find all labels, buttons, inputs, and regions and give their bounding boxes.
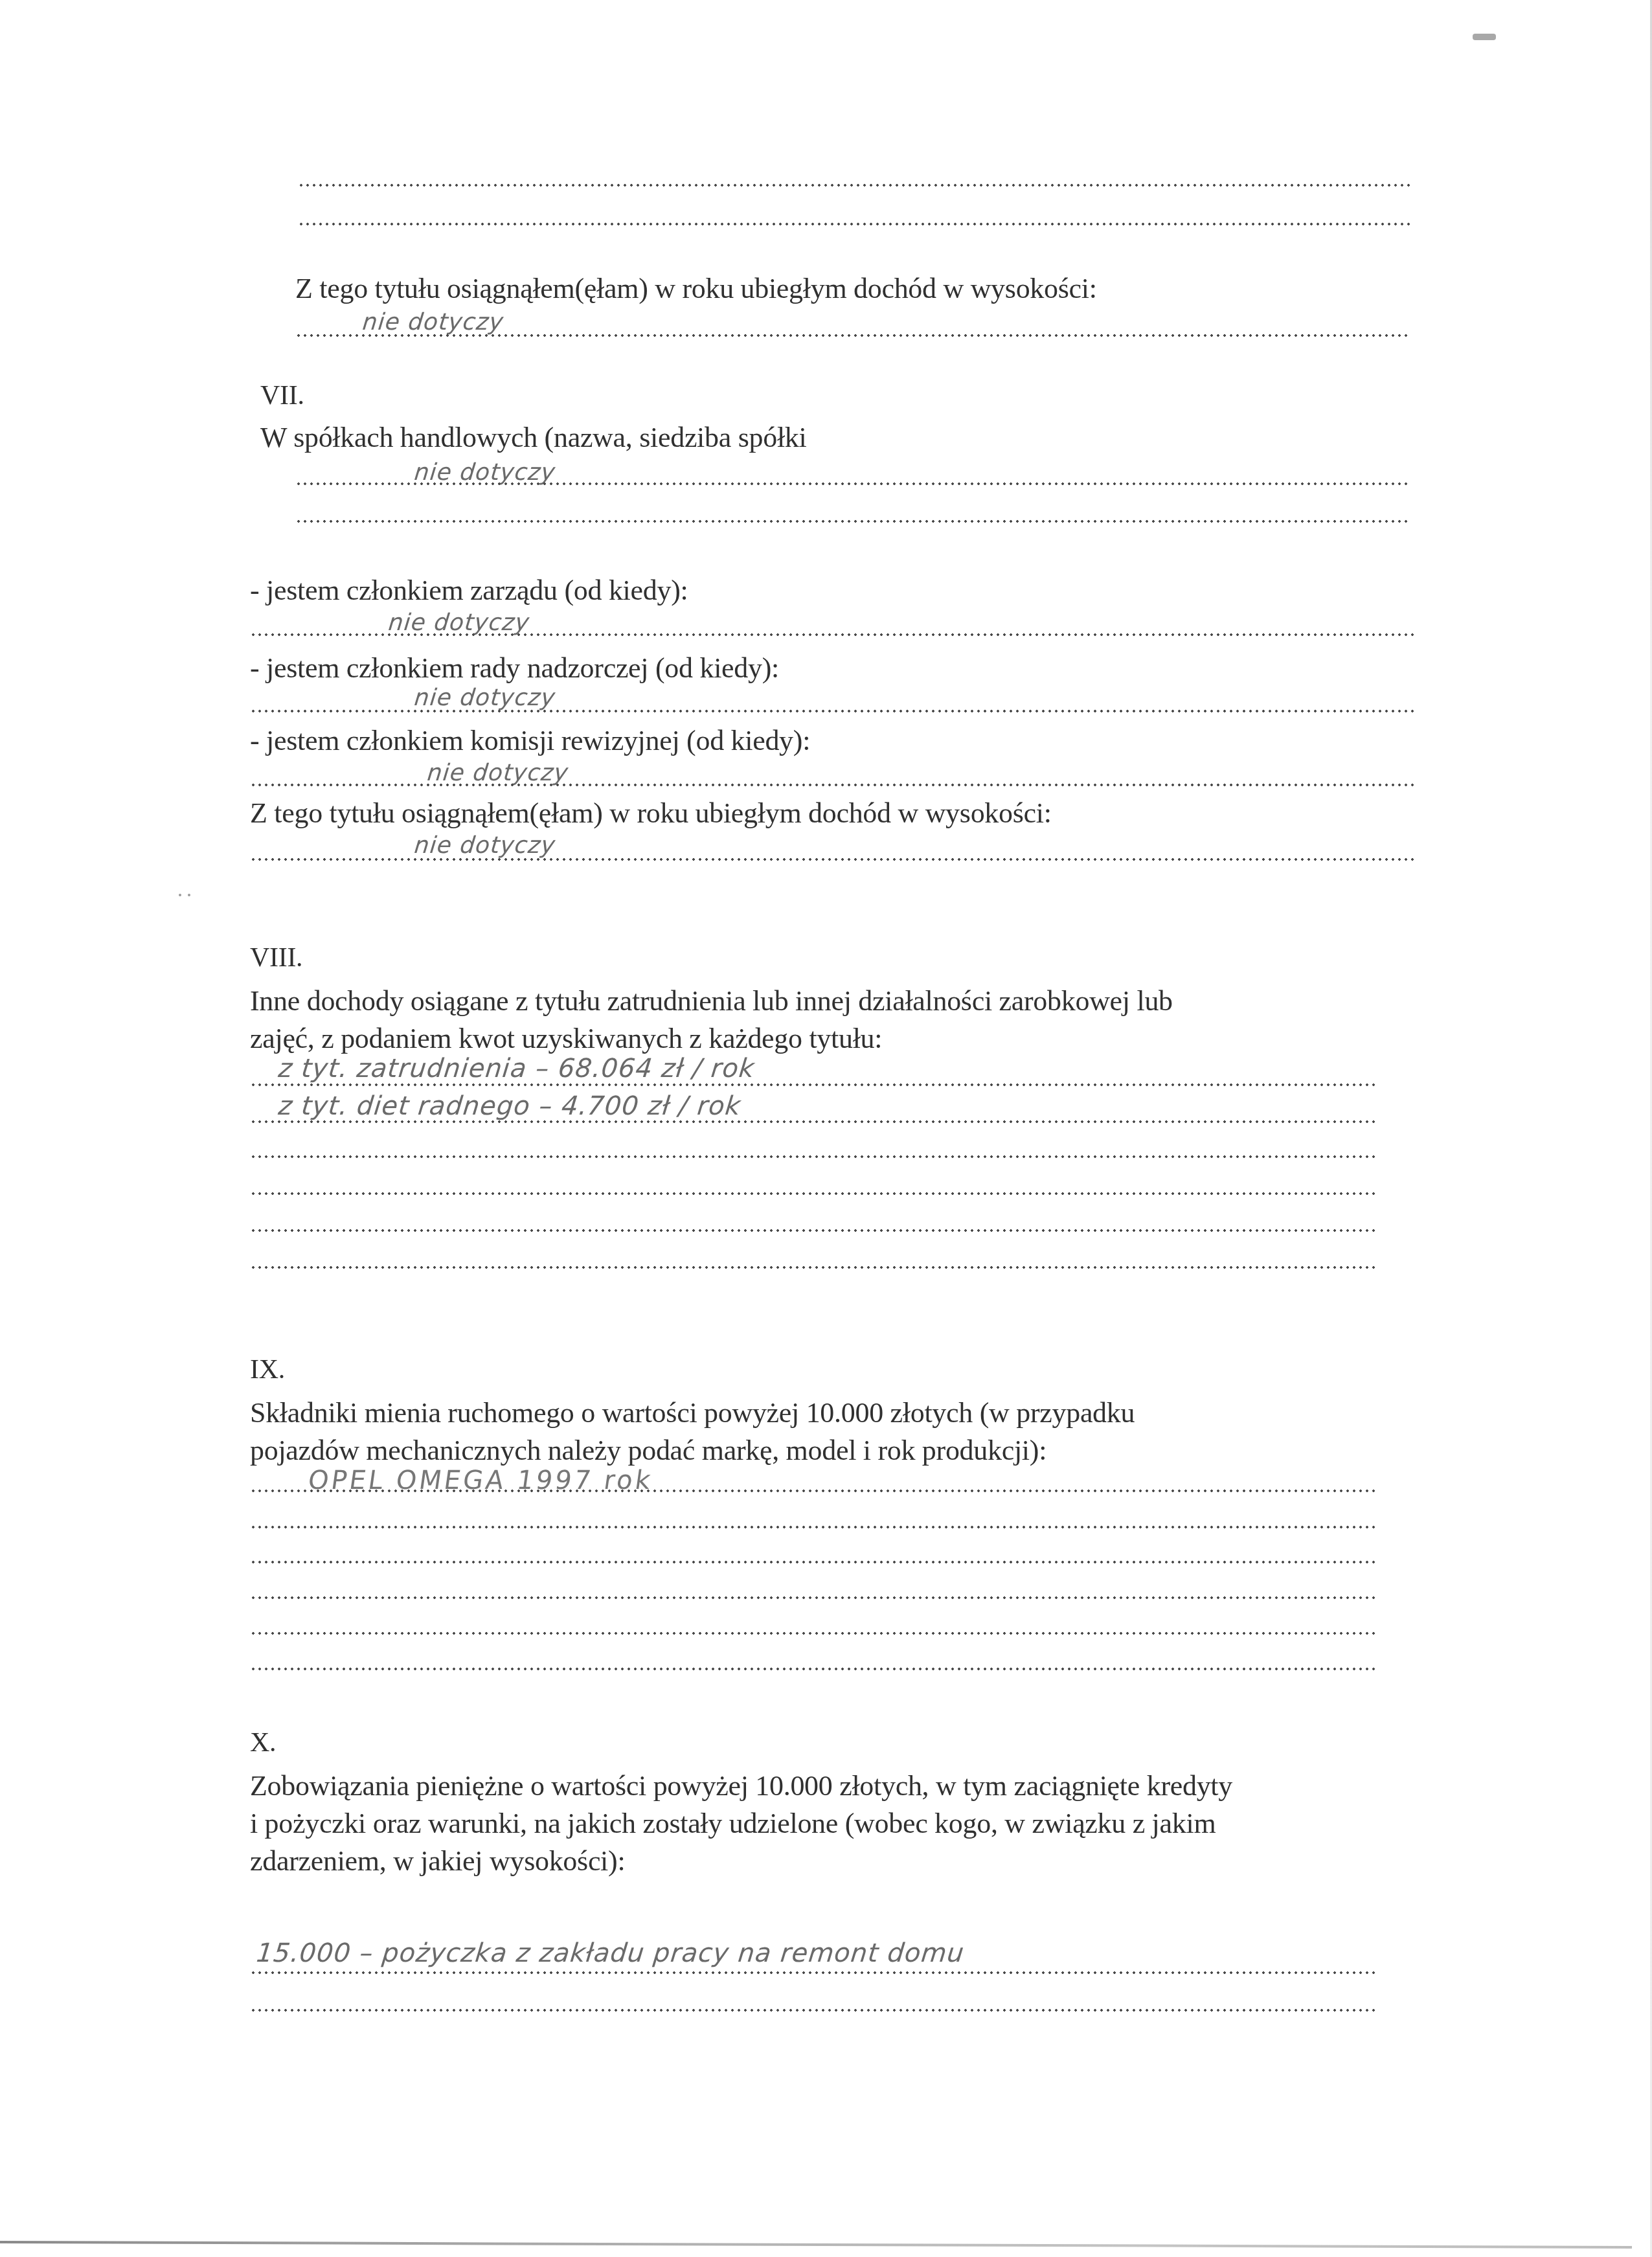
answer-line bbox=[250, 1561, 1377, 1563]
audit-committee-label: - jestem członkiem komisji rewizyjnej (o… bbox=[250, 727, 810, 755]
scan-speck bbox=[188, 894, 190, 896]
scan-mark bbox=[1473, 34, 1496, 40]
section-x-numeral: X. bbox=[250, 1729, 276, 1756]
section-ix-heading-line1: Składniki mienia ruchomego o wartości po… bbox=[250, 1399, 1135, 1427]
answer-line bbox=[295, 520, 1409, 523]
supervisory-board-answer: nie dotyczy bbox=[413, 686, 556, 710]
scan-edge-line bbox=[0, 2241, 1632, 2249]
section-vii-heading: W spółkach handlowych (nazwa, siedziba s… bbox=[260, 424, 806, 452]
board-member-label: - jestem członkiem zarządu (od kiedy): bbox=[250, 576, 688, 605]
answer-line bbox=[250, 858, 1416, 861]
audit-committee-answer: nie dotyczy bbox=[426, 762, 569, 785]
section-viii-heading-line2: zajęć, z podaniem kwot uzyskiwanych z ka… bbox=[250, 1025, 882, 1053]
answer-line bbox=[250, 1120, 1377, 1123]
scanned-form-page: Z tego tytułu osiągnąłem(ęłam) w roku ub… bbox=[0, 0, 1652, 2257]
answer-line bbox=[250, 1596, 1377, 1599]
supervisory-board-label: - jestem członkiem rady nadzorczej (od k… bbox=[250, 654, 779, 683]
answer-line bbox=[250, 1229, 1377, 1232]
section-x-answer-1: 15.000 – pożyczka z zakładu pracy na rem… bbox=[255, 1940, 966, 1966]
board-member-answer: nie dotyczy bbox=[387, 611, 530, 635]
answer-line bbox=[295, 482, 1409, 485]
section-vi-income-label: Z tego tytułu osiągnąłem(ęłam) w roku ub… bbox=[295, 275, 1097, 303]
section-vii-numeral: VII. bbox=[260, 382, 304, 409]
section-vii-answer-1: nie dotyczy bbox=[413, 461, 556, 484]
answer-line bbox=[250, 1971, 1377, 1974]
answer-line bbox=[250, 1192, 1377, 1195]
section-viii-heading-line1: Inne dochody osiągane z tytułu zatrudnie… bbox=[250, 987, 1173, 1015]
section-ix-numeral: IX. bbox=[250, 1356, 285, 1383]
section-viii-answer-2: z tyt. diet radnego – 4.700 zł / rok bbox=[277, 1093, 742, 1119]
section-viii-numeral: VIII. bbox=[250, 944, 302, 971]
section-vii-income-answer: nie dotyczy bbox=[413, 834, 556, 857]
answer-line bbox=[250, 2009, 1377, 2012]
answer-line bbox=[250, 1632, 1377, 1635]
section-x-heading-line1: Zobowiązania pieniężne o wartości powyże… bbox=[250, 1772, 1232, 1800]
answer-line bbox=[250, 1083, 1377, 1086]
answer-line bbox=[250, 1266, 1377, 1269]
section-ix-heading-line2: pojazdów mechanicznych należy podać mark… bbox=[250, 1436, 1047, 1465]
answer-line bbox=[295, 334, 1409, 337]
section-x-heading-line3: zdarzeniem, w jakiej wysokości): bbox=[250, 1847, 625, 1876]
answer-line-blank bbox=[298, 223, 1412, 225]
section-viii-answer-1: z tyt. zatrudnienia – 68.064 zł / rok bbox=[277, 1056, 756, 1082]
answer-line bbox=[250, 1526, 1377, 1528]
section-vii-income-label: Z tego tytułu osiągnąłem(ęłam) w roku ub… bbox=[250, 799, 1052, 828]
answer-line bbox=[250, 710, 1416, 712]
answer-line bbox=[250, 1490, 1377, 1492]
section-vi-income-answer: nie dotyczy bbox=[361, 311, 504, 334]
answer-line bbox=[250, 784, 1416, 786]
scan-speck bbox=[179, 894, 181, 896]
section-x-heading-line2: i pożyczki oraz warunki, na jakich zosta… bbox=[250, 1809, 1216, 1838]
answer-line bbox=[250, 1668, 1377, 1670]
answer-line-blank bbox=[298, 184, 1412, 187]
answer-line bbox=[250, 1155, 1377, 1158]
answer-line bbox=[250, 633, 1416, 636]
